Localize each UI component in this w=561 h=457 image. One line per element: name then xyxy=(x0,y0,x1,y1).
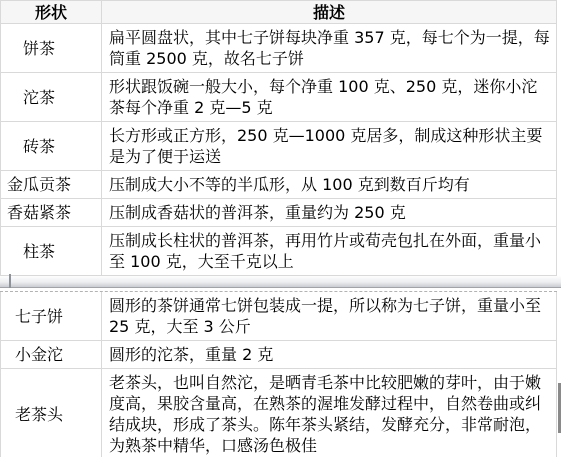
description-cell: 长方形或正方形，250 克—1000 克居多，制成这种形状主要是为了便于运送 xyxy=(102,122,557,171)
table-row: 金瓜贡茶压制成大小不等的半瓜形，从 100 克到数百斤均有 xyxy=(1,171,557,199)
table-row: 老茶头老茶头，也叫自然沱，是晒青毛茶中比较肥嫩的芽叶，由于嫩度高，果胶含量高，在… xyxy=(1,369,557,457)
shape-cell: 香菇紧茶 xyxy=(1,199,102,227)
description-cell: 压制成大小不等的半瓜形，从 100 克到数百斤均有 xyxy=(102,171,557,199)
shape-cell: 老茶头 xyxy=(1,369,102,457)
table-row: 沱茶形状跟饭碗一般大小，每个净重 100 克、250 克，迷你小沱茶每个净重 2… xyxy=(1,73,557,122)
shape-cell: 砖茶 xyxy=(1,122,102,171)
document-page: 形状 描述 饼茶扁平圆盘状，其中七子饼每块净重 357 克，每七个为一提，每筒重… xyxy=(0,0,561,457)
description-cell: 形状跟饭碗一般大小，每个净重 100 克、250 克，迷你小沱茶每个净重 2 克… xyxy=(102,73,557,122)
table-row: 小金沱圆形的沱茶，重量 2 克 xyxy=(1,341,557,369)
table-row: 砖茶长方形或正方形，250 克—1000 克居多，制成这种形状主要是为了便于运送 xyxy=(1,122,557,171)
table-row: 柱茶压制成长柱状的普洱茶，再用竹片或荀壳包扎在外面，重量小至 100 克，大至千… xyxy=(1,227,557,276)
description-cell: 压制成香菇状的普洱茶，重量约为 250 克 xyxy=(102,199,557,227)
shape-cell: 沱茶 xyxy=(1,73,102,122)
table-header-row: 形状 描述 xyxy=(1,1,557,24)
shape-cell: 七子饼 xyxy=(1,292,102,341)
description-cell: 老茶头，也叫自然沱，是晒青毛茶中比较肥嫩的芽叶，由于嫩度高，果胶含量高，在熟茶的… xyxy=(102,369,557,457)
table-row: 七子饼圆形的茶饼通常七饼包装成一提，所以称为七子饼，重量小至 25 克，大至 3… xyxy=(1,292,557,341)
shape-cell: 柱茶 xyxy=(1,227,102,276)
table-row: 饼茶扁平圆盘状，其中七子饼每块净重 357 克，每七个为一提，每筒重 2500 … xyxy=(1,24,557,73)
description-column-header: 描述 xyxy=(102,1,557,24)
pane-divider xyxy=(0,276,561,288)
divider-handle-icon[interactable] xyxy=(9,274,11,288)
table-row: 香菇紧茶压制成香菇状的普洱茶，重量约为 250 克 xyxy=(1,199,557,227)
shape-cell: 饼茶 xyxy=(1,24,102,73)
description-cell: 圆形的茶饼通常七饼包装成一提，所以称为七子饼，重量小至 25 克，大至 3 公斤 xyxy=(102,292,557,341)
description-cell: 压制成长柱状的普洱茶，再用竹片或荀壳包扎在外面，重量小至 100 克，大至千克以… xyxy=(102,227,557,276)
shape-cell: 小金沱 xyxy=(1,341,102,369)
tea-shape-table-lower: 七子饼圆形的茶饼通常七饼包装成一提，所以称为七子饼，重量小至 25 克，大至 3… xyxy=(0,292,557,457)
tea-shape-table-upper: 形状 描述 饼茶扁平圆盘状，其中七子饼每块净重 357 克，每七个为一提，每筒重… xyxy=(0,0,557,276)
shape-cell: 金瓜贡茶 xyxy=(1,171,102,199)
description-cell: 圆形的沱茶，重量 2 克 xyxy=(102,341,557,369)
description-cell: 扁平圆盘状，其中七子饼每块净重 357 克，每七个为一提，每筒重 2500 克，… xyxy=(102,24,557,73)
shape-column-header: 形状 xyxy=(1,1,102,24)
